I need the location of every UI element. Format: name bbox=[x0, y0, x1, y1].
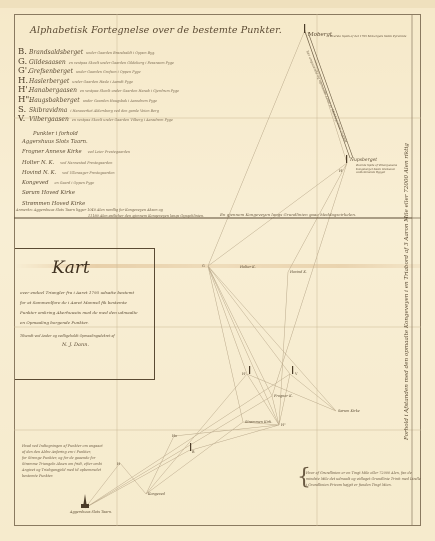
summit-desc: Øverste Spids af det 1795 Mobergets Sidd… bbox=[330, 34, 406, 38]
bottom-left-note-6: bestemte Punkter. bbox=[22, 474, 53, 478]
point-desc: ved Nannestad Prestegaarden bbox=[60, 161, 112, 165]
bottom-left-note-1: Hvad ved Indtegningen af Punkter om anga… bbox=[22, 444, 103, 448]
anmerkning-line-1: Anmerkn: Aggershuus Slots Taarn ligger 1… bbox=[16, 208, 163, 212]
legend-entry: G. Gildesaasen en vestpaa Skovlt under G… bbox=[18, 57, 179, 67]
map-point-label: Hovind K. bbox=[290, 270, 307, 274]
cartouche-line-2: for at Sammenlfore de i Aaret Mannsil fi… bbox=[20, 300, 127, 305]
legend-name: Haugsbakberget bbox=[29, 97, 80, 104]
legend-key: S. bbox=[18, 105, 29, 115]
bottom-left-note-3: for Strenge Punkter, og for de gaaende f… bbox=[22, 456, 95, 460]
point-name: Hovind N. K. bbox=[22, 170, 56, 176]
legend-desc: under Gaarden Haugsbak i Aansdrem Pyge bbox=[83, 99, 157, 103]
legend-entry: H. Haslerberget under Gaarden Hasle i Aa… bbox=[18, 76, 179, 86]
point-name: Holter N. K. bbox=[22, 160, 54, 166]
bottom-left-note-4: Strømme Triangeln Aksen om fridt, efter … bbox=[22, 462, 102, 466]
point-name: Sørum Hoved Kirke bbox=[22, 190, 75, 196]
map-point-mark: H" bbox=[281, 423, 286, 427]
legend-desc: en vestpaa Skovlt under Gaarden Hanab i … bbox=[80, 89, 179, 93]
point-name: Strømmen Hoved Kirke bbox=[22, 201, 85, 207]
legend-key: H". bbox=[18, 95, 29, 105]
baseline-label: En gjennem Kongeveyen langs Grundlinien … bbox=[220, 212, 356, 217]
legend-key: B. bbox=[18, 47, 29, 57]
bottom-right-note-3: i Grundlinien Frivom højgit er funden Ti… bbox=[306, 483, 392, 487]
map-point-mark: H bbox=[117, 462, 120, 466]
point-name: Frogner Annexe Kirke bbox=[22, 149, 82, 155]
legend-name: Brandsaldsberget bbox=[29, 49, 83, 56]
point-item: Aggershuus Slots Taarn. bbox=[22, 139, 130, 149]
legend-name: Vilbergaasen bbox=[29, 116, 69, 123]
point-name: Aggershuus Slots Taarn. bbox=[22, 139, 88, 145]
cartouche-line-1: over endeel Triangler fra i Aaret 1795 u… bbox=[20, 290, 134, 295]
legend-entry: B. Brandsaldsberget under Gaarden Brands… bbox=[18, 47, 179, 57]
point-desc: ved Ullensager Prestegaarden bbox=[62, 171, 114, 175]
legend-desc: under Gaarden Hasle i Aamdt Pyge bbox=[72, 80, 133, 84]
legend-list: B. Brandsaldsberget under Gaarden Brands… bbox=[18, 47, 179, 124]
legend-name: Grefsenberget bbox=[29, 68, 73, 75]
cartouche-line-3: Punkter omkring Akerhuusiis med de med d… bbox=[20, 310, 138, 315]
point-desc: en Gaard i Oppen Pyge bbox=[54, 181, 94, 185]
point-item: Holter N. K. ved Nannestad Prestegaarden bbox=[22, 160, 130, 170]
nupsberget-label: Nupsberget bbox=[350, 158, 377, 163]
map-point-mark: V bbox=[295, 372, 297, 376]
legend-key: H'. bbox=[18, 85, 29, 95]
map-title: Kart bbox=[52, 258, 90, 278]
vertical-scale-note: Forhold i Afstanden med den opmaalte Kon… bbox=[404, 143, 410, 440]
legend-desc: under Gaarden Brandsaldt i Oppen Byg. bbox=[86, 51, 155, 55]
legend-entry: V. Vilbergaasen en vestpaa Skovlt under … bbox=[18, 114, 179, 124]
legend-entry: S. Skibravidma i Hanaverket Aldersborg v… bbox=[18, 105, 179, 115]
point-name: Kongeved bbox=[22, 180, 48, 186]
map-point-mark: H' bbox=[242, 372, 246, 376]
legend-desc: i Hanaverket Aldersborg ved den gamle Ve… bbox=[70, 109, 159, 113]
legend-desc: under Gaarden Grefsen i Oppen Pyge bbox=[76, 70, 141, 74]
points-title: Punkter i forhold bbox=[33, 131, 78, 137]
map-point-label: Frogner K. bbox=[274, 394, 293, 398]
legend-key: H. bbox=[18, 76, 29, 86]
map-point-mark: G bbox=[202, 264, 205, 268]
legend-name: Hanabergaasen bbox=[29, 87, 77, 94]
legend-desc: en vestpaa Skovlt under Gaarden Vilberg … bbox=[72, 118, 173, 122]
legend-title: Alphabetisk Fortegnelse over de bestemte… bbox=[30, 25, 282, 36]
legend-name: Skibravidma bbox=[29, 107, 67, 114]
legend-key: G'. bbox=[18, 66, 29, 76]
map-point-label: Kongeved bbox=[148, 492, 165, 496]
nupsberget-desc: Øverste Spids af Vilbergaasens Kongsberg… bbox=[356, 164, 402, 175]
point-item: Sørum Hoved Kirke bbox=[22, 190, 130, 200]
legend-key: V. bbox=[18, 114, 29, 124]
bottom-left-note-2: af den den Aldre Anføring ere i Punkter, bbox=[22, 450, 91, 454]
cartouche-line-4: en Opmaaling borgende Punkter. bbox=[20, 320, 89, 325]
legend-entry: G'. Grefsenberget under Gaarden Grefsen … bbox=[18, 66, 179, 76]
points-list: Aggershuus Slots Taarn. Frogner Annexe K… bbox=[22, 139, 130, 211]
point-item: Hovind N. K. ved Ullensager Prestegaarde… bbox=[22, 170, 130, 180]
bottom-right-note-1: Hvor af Grundlinien er en Tingt Mile ell… bbox=[306, 471, 412, 475]
map-point-mark: Ho bbox=[172, 434, 177, 438]
point-desc: ved Leier Prestegaarden bbox=[88, 150, 130, 154]
legend-name: Haslerberget bbox=[29, 78, 69, 85]
map-point-label: Aggershuus Slots Taarn. bbox=[70, 510, 112, 514]
bottom-left-note-5: Angivet og Triabgangjeld med til opbemme… bbox=[22, 468, 101, 472]
map-point-label: Sørum Kirke bbox=[338, 409, 360, 413]
point-item: Frogner Annexe Kirke ved Leier Prestegaa… bbox=[22, 149, 130, 159]
map-point-mark: B bbox=[192, 450, 195, 454]
map-point-label: Strømmen Kirk. bbox=[245, 420, 272, 424]
cartouche-credit: Tilsendt ved Ander og vedligeholdt Opmaa… bbox=[20, 334, 115, 338]
legend-name: Gildesaasen bbox=[29, 59, 66, 66]
map-point-label: Holter K. bbox=[240, 265, 256, 269]
summit-label: Mobergt bbox=[308, 32, 332, 38]
legend-entry: H'. Hanabergaasen en vestpaa Skovlt unde… bbox=[18, 85, 179, 95]
legend-desc: en vestpaa Skovlt under Gaarden Gildeber… bbox=[69, 61, 174, 65]
bottom-right-note-2: mindste Mile det udmaalt og vidlaget Gru… bbox=[306, 477, 421, 481]
legend-key: G. bbox=[18, 57, 29, 67]
nupsberget-mark: H' bbox=[339, 169, 343, 173]
legend-entry: H". Haugsbakberget under Gaarden Haugsba… bbox=[18, 95, 179, 105]
point-item: Kongeved en Gaard i Oppen Pyge bbox=[22, 180, 130, 190]
cartouche-author: N. J. Dann. bbox=[62, 342, 89, 348]
anmerkning-line-2: 11180 Alen østlicher den gjennem Kongeve… bbox=[88, 214, 204, 218]
